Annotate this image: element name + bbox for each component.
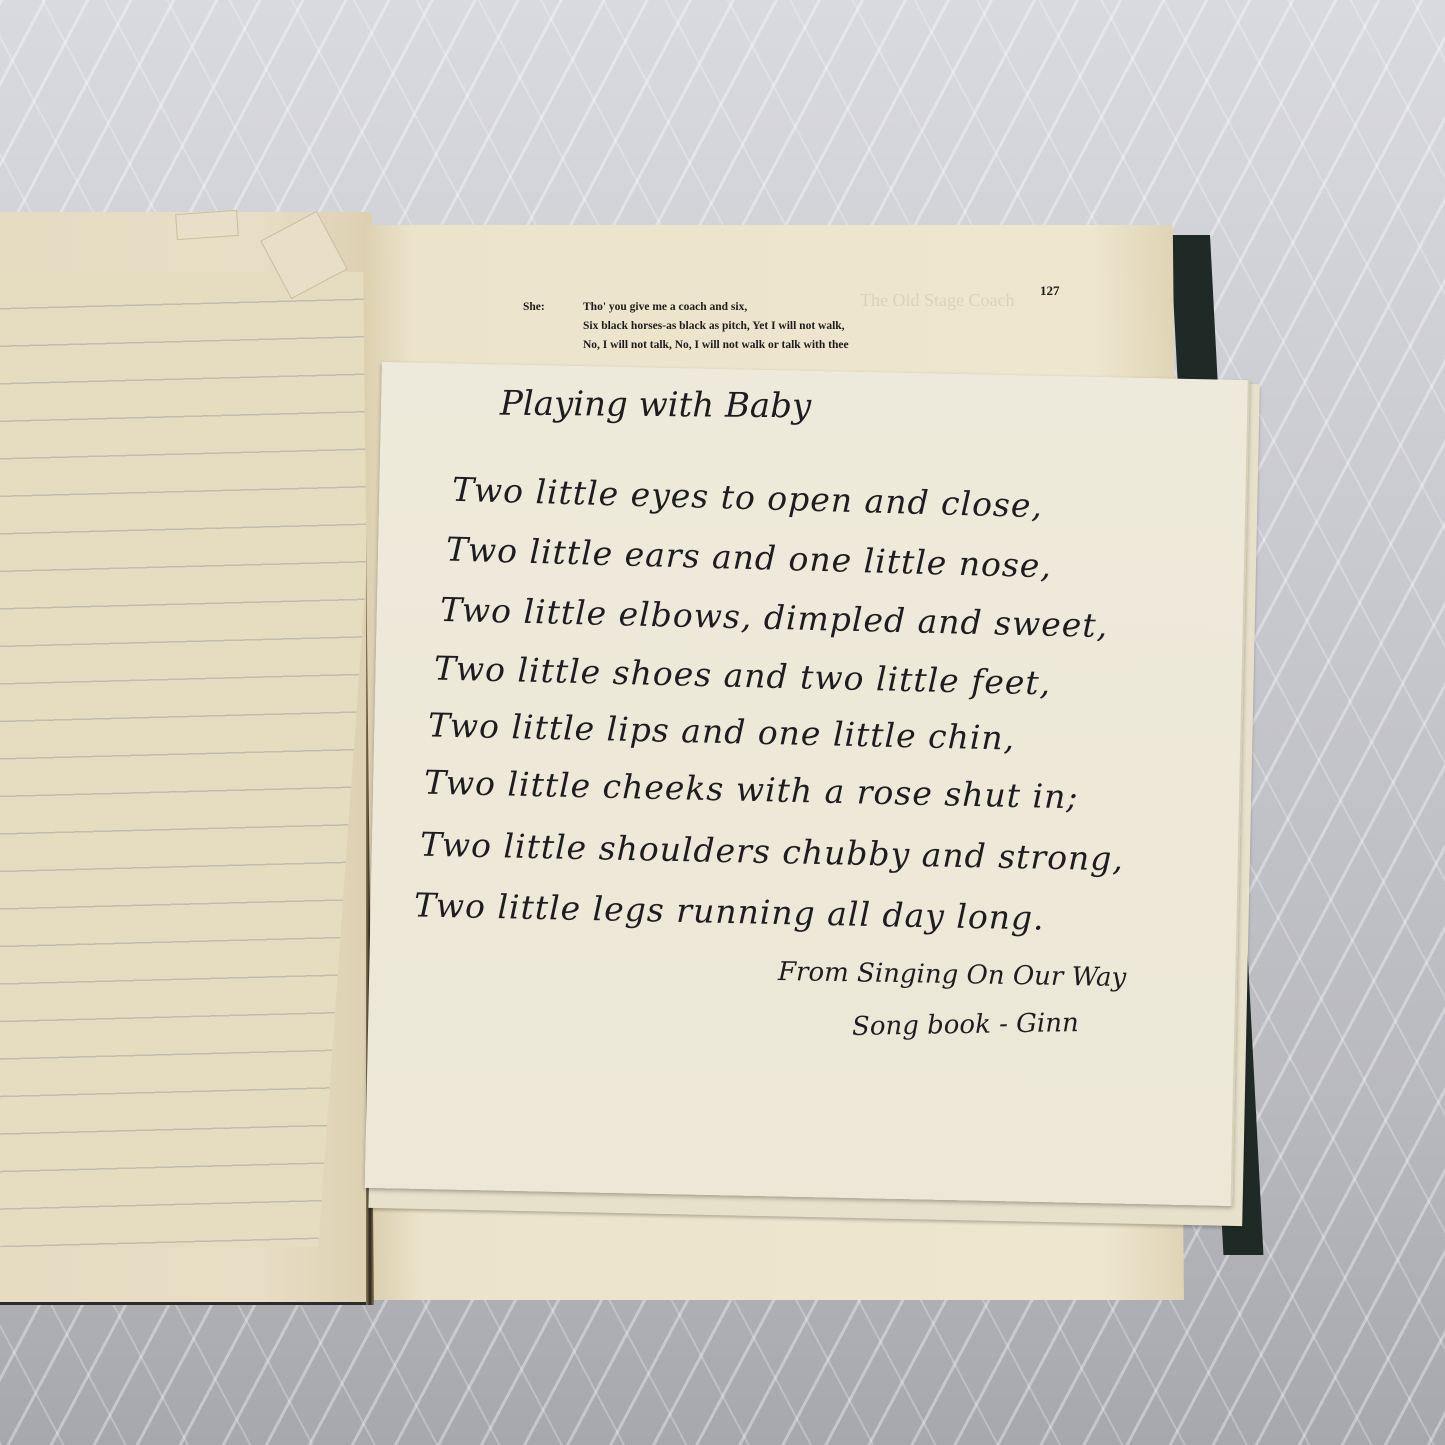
tape-piece — [175, 210, 239, 240]
ghost-song-title: The Old Stage Coach — [860, 290, 1014, 311]
printed-lyrics: She: Tho' you give me a coach and six, S… — [523, 298, 849, 355]
lyric-line: Tho' you give me a coach and six, — [583, 298, 849, 317]
poem-attribution-source: From Singing On Our Way — [778, 957, 1127, 993]
lyric-line: No, I will not talk, No, I will not walk… — [583, 336, 849, 355]
lyric-line: Six black horses-as black as pitch, Yet … — [583, 317, 849, 336]
poem-title: Playing with Baby — [500, 384, 811, 427]
page-number: 127 — [1040, 283, 1060, 299]
photo-scene: The Old Stage Coach 127 She: Tho' you gi… — [0, 0, 1445, 1445]
poem-attribution-publisher: Song book - Ginn — [852, 1008, 1079, 1042]
speaker-label: She: — [523, 298, 583, 317]
